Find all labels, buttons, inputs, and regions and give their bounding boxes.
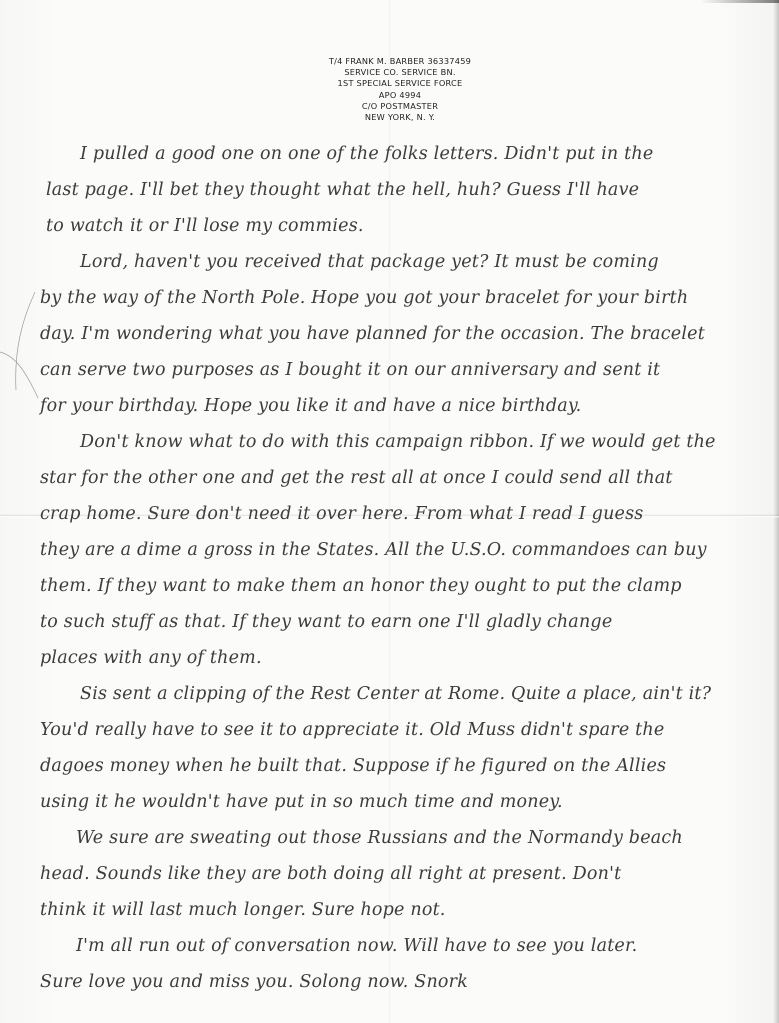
letter-line: to watch it or I'll lose my commies.	[46, 216, 364, 236]
letter-line: day. I'm wondering what you have planned…	[40, 324, 705, 344]
letter-line: star for the other one and get the rest …	[40, 468, 673, 488]
letter-line: crap home. Sure don't need it over here.…	[40, 504, 643, 524]
letter-line: I'm all run out of conversation now. Wil…	[76, 936, 637, 956]
letter-closing-line: Sure love you and miss you. Solong now. …	[40, 972, 468, 992]
letterhead-postmaster: C/O POSTMASTER	[290, 101, 510, 112]
letterhead-apo: APO 4994	[290, 90, 510, 101]
letter-line: by the way of the North Pole. Hope you g…	[40, 288, 688, 308]
letter-line: Sis sent a clipping of the Rest Center a…	[80, 684, 711, 704]
letter-line: We sure are sweating out those Russians …	[76, 828, 683, 848]
letterhead: T/4 FRANK M. BARBER 36337459 SERVICE CO.…	[290, 56, 510, 123]
paper-right-edge	[773, 0, 779, 1023]
letter-line: they are a dime a gross in the States. A…	[40, 540, 707, 560]
letter-line: head. Sounds like they are both doing al…	[40, 864, 621, 884]
letter-page: T/4 FRANK M. BARBER 36337459 SERVICE CO.…	[0, 0, 779, 1023]
letter-line: You'd really have to see it to appreciat…	[40, 720, 664, 740]
letter-line: dagoes money when he built that. Suppose…	[40, 756, 666, 776]
letterhead-company: SERVICE CO. SERVICE BN.	[290, 67, 510, 78]
letter-line: them. If they want to make them an honor…	[40, 576, 682, 596]
letter-line: for your birthday. Hope you like it and …	[40, 396, 581, 416]
letter-line: Don't know what to do with this campaign…	[80, 432, 716, 452]
letterhead-unit: 1ST SPECIAL SERVICE FORCE	[290, 78, 510, 89]
letterhead-city: NEW YORK, N. Y.	[290, 112, 510, 123]
letterhead-name: T/4 FRANK M. BARBER 36337459	[290, 56, 510, 67]
letter-line: I pulled a good one on one of the folks …	[80, 144, 653, 164]
letter-line: Lord, haven't you received that package …	[80, 252, 659, 272]
letter-line: places with any of them.	[40, 648, 262, 668]
letter-line: last page. I'll bet they thought what th…	[46, 180, 639, 200]
paper-top-edge	[700, 0, 779, 3]
letter-line: using it he wouldn't have put in so much…	[40, 792, 563, 812]
letter-line: can serve two purposes as I bought it on…	[40, 360, 660, 380]
letter-line: to such stuff as that. If they want to e…	[40, 612, 612, 632]
letter-line: think it will last much longer. Sure hop…	[40, 900, 446, 920]
